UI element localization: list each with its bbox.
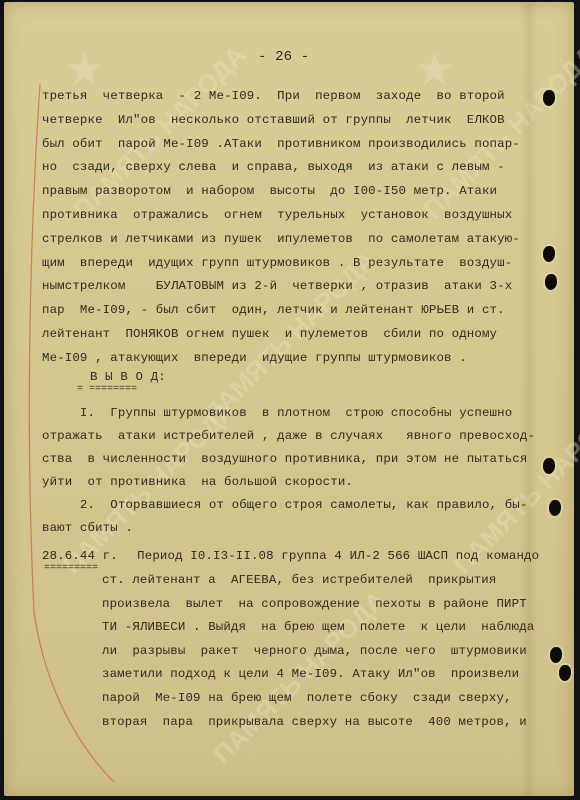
text-line: противника отражались огнем турельных ус… [42, 208, 512, 222]
text-line: правым разворотом и набором высоты до I0… [42, 184, 497, 198]
text-line: третья четверка - 2 Ме-I09. При первом з… [42, 89, 505, 103]
text-line: ли разрывы ракет черного дыма, после чег… [102, 644, 527, 658]
text-line: произвела вылет на сопровождение пехоты … [102, 597, 527, 611]
document-page: ★ ПАМЯТЬ НАРОДА ★ ПАМЯТЬ НАРОДА ПАМЯТЬ Н… [4, 2, 574, 796]
text-line: пар Ме-I09, - был сбит один, летчик и ле… [42, 303, 505, 317]
text-line: ства в численности воздушного противника… [42, 452, 527, 466]
entry-first-line: Период I0.I3-II.08 группа 4 ИЛ-2 566 ШАС… [122, 549, 539, 563]
text-line: четверке Ил"ов несколько отставший от гр… [42, 113, 505, 127]
text-line: I. Группы штурмовиков в плотном строю сп… [42, 406, 512, 420]
text-line: заметили подход к цели 4 Ме-I09. Атаку И… [102, 667, 519, 681]
text-line: лейтенант ПОНЯКОВ огнем пушек и пулемето… [42, 327, 497, 341]
conclusion-underline: = ======== [77, 384, 137, 395]
binding-hole [545, 274, 557, 290]
text-line: ТИ -ЯЛИВЕСИ . Выйдя на брею щем полете к… [102, 620, 534, 634]
text-line: ст. лейтенант а АГЕЕВА, без истребителей… [102, 573, 496, 587]
text-line: Ме-I09 , атакующих впереди идущие группы… [42, 351, 467, 365]
entry-date: 28.6.44 г. [42, 549, 118, 563]
text-line: парой Ме-I09 на брею щем полете сбоку сз… [102, 691, 512, 705]
conclusion-heading: В Ы В О Д: [90, 370, 166, 384]
binding-hole [549, 500, 561, 516]
text-line: вторая пара прикрывала сверху на высоте … [102, 715, 527, 729]
page-number: - 26 - [258, 49, 309, 65]
text-line: отражать атаки истребителей , даже в слу… [42, 429, 535, 443]
text-line: уйти от противника на большой скорости. [42, 475, 353, 489]
text-line: 2. Оторвавшиеся от общего строя самолеты… [42, 498, 527, 512]
binding-hole [559, 665, 571, 681]
text-line: нымстрелком БУЛАТОВЫМ из 2-й четверки , … [42, 279, 512, 293]
text-line: но сзади, сверху слева и справа, выходя … [42, 160, 505, 174]
entry-date-underline: ========= [44, 563, 98, 574]
text-line: стрелков и летчиками из пушек ипулеметов… [42, 232, 520, 246]
text-line: щим впереди идущих групп штурмовиков . В… [42, 256, 512, 270]
binding-hole [543, 246, 555, 262]
star-icon: ★ [414, 42, 455, 96]
text-line: вают сбиты . [42, 521, 133, 535]
binding-hole [550, 647, 562, 663]
text-line: был обит парой Ме-I09 .АТаки противником… [42, 137, 520, 151]
